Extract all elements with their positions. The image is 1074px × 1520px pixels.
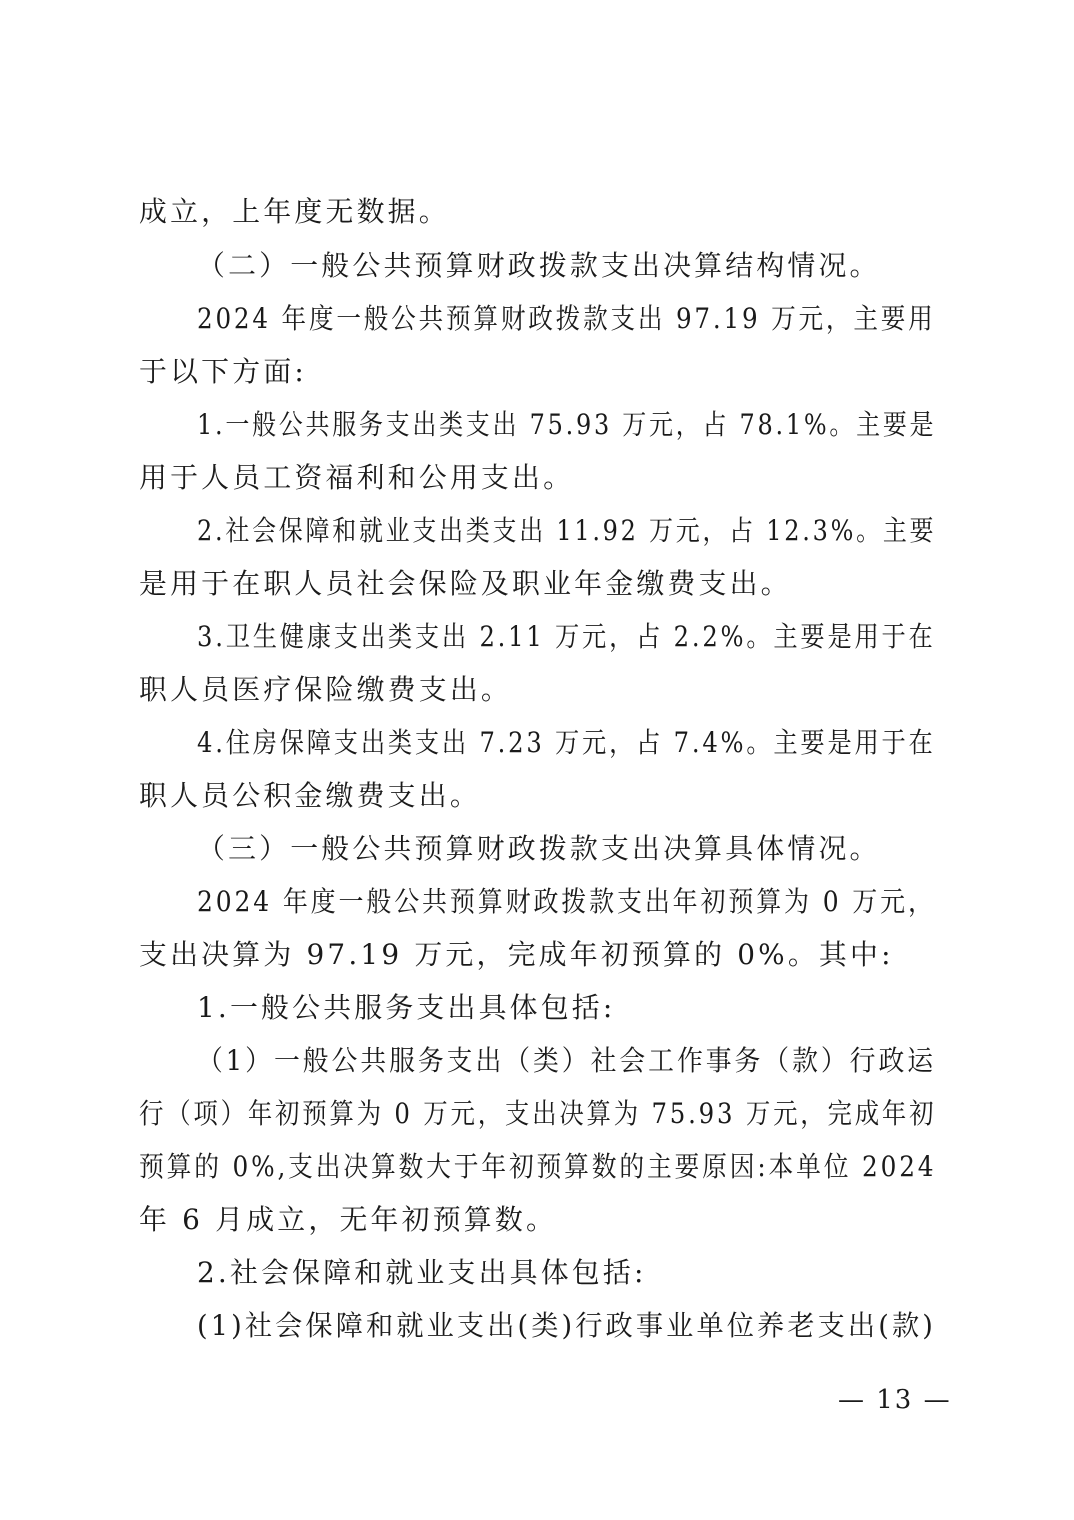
list-item-line: 2.社会保障和就业支出类支出 11.92 万元，占 12.3%。主要: [197, 511, 832, 551]
list-item-line: 2.社会保障和就业支出具体包括:: [197, 1253, 936, 1293]
paragraph-line: 年 6 月成立，无年初预算数。: [139, 1200, 936, 1240]
sub-item-line: (1)社会保障和就业支出(类)行政事业单位养老支出(款): [197, 1306, 918, 1346]
paragraph-line: 是用于在职人员社会保险及职业年金缴费支出。: [139, 564, 936, 604]
list-item-line: 1.一般公共服务支出类支出 75.93 万元，占 78.1%。主要是: [197, 405, 832, 445]
paragraph-line: 2024 年度一般公共预算财政拨款支出年初预算为 0 万元，: [197, 882, 859, 922]
paragraph-line: 职人员公积金缴费支出。: [139, 776, 936, 816]
sub-item-line: （1）一般公共服务支出（类）社会工作事务（款）行政运: [197, 1041, 882, 1081]
paragraph-line: 预算的 0%,支出决算数大于年初预算数的主要原因:本单位 2024: [139, 1147, 847, 1187]
paragraph-line: 2024 年度一般公共预算财政拨款支出 97.19 万元，主要用: [197, 299, 849, 339]
section-heading-detail: （三）一般公共预算财政拨款支出决算具体情况。: [197, 829, 936, 869]
paragraph-line: 支出决算为 97.19 万元，完成年初预算的 0%。其中:: [139, 935, 936, 975]
paragraph-line: 于以下方面:: [139, 352, 936, 392]
list-item-line: 4.住房保障支出类支出 7.23 万元，占 7.4%。主要是用于在: [197, 723, 840, 763]
paragraph-line: 用于人员工资福利和公用支出。: [139, 458, 936, 498]
list-item-line: 1.一般公共服务支出具体包括:: [197, 988, 936, 1028]
paragraph-line: 行（项）年初预算为 0 万元，支出决算为 75.93 万元，完成年初: [139, 1094, 837, 1134]
paragraph-line: 成立，上年度无数据。: [139, 192, 936, 232]
page-number: — 13 —: [838, 1382, 938, 1418]
paragraph-line: 职人员医疗保险缴费支出。: [139, 670, 936, 710]
section-heading-structure: （二）一般公共预算财政拨款支出决算结构情况。: [197, 246, 936, 286]
document-page: 成立，上年度无数据。 （二）一般公共预算财政拨款支出决算结构情况。 2024 年…: [0, 0, 1074, 1520]
list-item-line: 3.卫生健康支出类支出 2.11 万元，占 2.2%。主要是用于在: [197, 617, 840, 657]
